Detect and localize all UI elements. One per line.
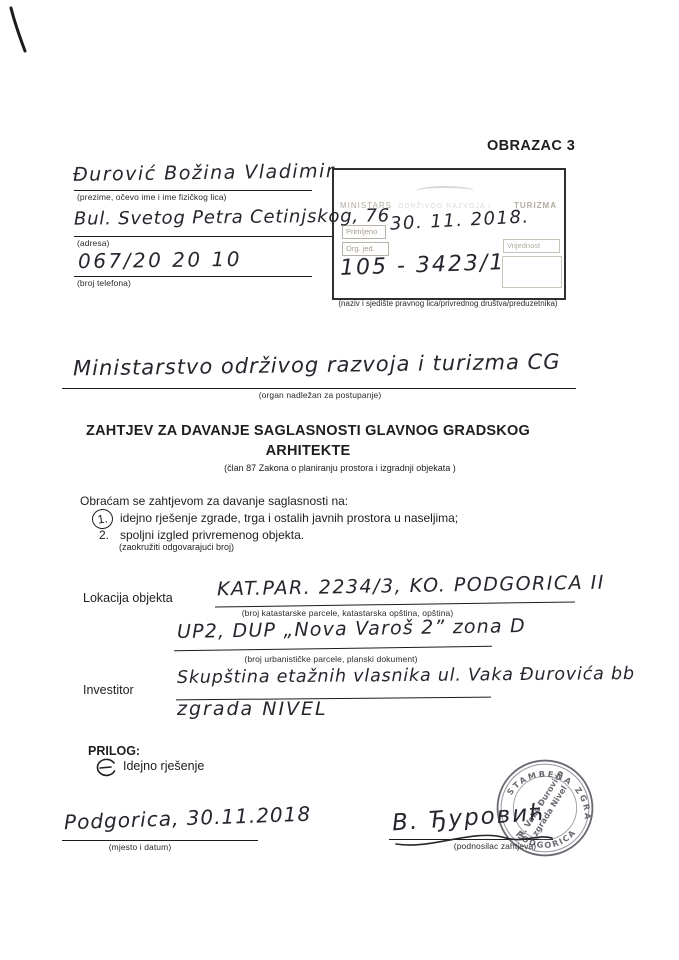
name-line bbox=[74, 190, 312, 191]
vrijednost-cell: Vrijednost bbox=[503, 239, 560, 253]
request-item-2: spoljni izgled privremenog objekta. bbox=[120, 529, 304, 542]
location-urban-handwriting: UP2, DUP „Nova Varoš 2” zona D bbox=[177, 617, 526, 643]
applicant-name-handwriting: Đurović Božina Vladimir bbox=[73, 162, 335, 186]
organ-line bbox=[62, 388, 576, 389]
circle-note: (zaokružiti odgovarajući broj) bbox=[119, 543, 234, 552]
request-item-1: idejno rješenje zgrade, trga i ostalih j… bbox=[120, 512, 458, 525]
vrijednost-empty-box bbox=[502, 256, 562, 288]
protocol-number-handwriting: 105 - 3423/1 bbox=[340, 251, 506, 280]
applicant-address-handwriting: Bul. Svetog Petra Cetinjskog, 76 bbox=[74, 207, 390, 229]
urban-label: (broj urbanističke parcele, planski doku… bbox=[172, 655, 490, 664]
place-date-label: (mjesto i datum) bbox=[60, 843, 220, 852]
investor-handwriting-line2: zgrada NIVEL bbox=[177, 700, 328, 720]
signature-label: (podnosilac zahtjeva) bbox=[420, 842, 570, 851]
form-subtitle: (član 87 Zakona o planiranju prostora i … bbox=[20, 464, 660, 473]
form-code: OBRAZAC 3 bbox=[487, 139, 575, 154]
organ-label: (organ nadležan za postupanje) bbox=[180, 391, 460, 400]
location-cadastre-handwriting: KAT.PAR. 2234/3, KO. PODGORICA II bbox=[217, 574, 605, 601]
cadastre-line bbox=[215, 601, 575, 607]
circled-option-1: 1. bbox=[91, 508, 115, 531]
location-label: Lokacija objekta bbox=[83, 592, 173, 605]
circled-dash-icon bbox=[95, 758, 119, 778]
name-label: (prezime, očevo ime i ime fizičkog lica) bbox=[77, 193, 226, 202]
legal-entity-caption: (naziv i sjedište pravnog lica/privredno… bbox=[328, 300, 568, 308]
primljeno-cell: Primljeno bbox=[342, 225, 386, 239]
organ-handwriting: Ministarstvo održivog razvoja i turizma … bbox=[73, 351, 561, 380]
received-date-handwriting: 30. 11. 2018. bbox=[390, 208, 531, 234]
phone-label: (broj telefona) bbox=[77, 279, 131, 288]
form-title-line1: ZAHTJEV ZA DAVANJE SAGLASNOSTI GLAVNOG G… bbox=[0, 424, 616, 439]
urban-line bbox=[174, 646, 492, 651]
address-label: (adresa) bbox=[77, 239, 109, 248]
investor-label: Investitor bbox=[83, 684, 134, 697]
applicant-phone-handwriting: 067/20 20 10 bbox=[78, 249, 242, 272]
form-title-line2: ARHITEKTE bbox=[0, 444, 616, 459]
phone-line bbox=[74, 276, 312, 277]
place-date-line bbox=[62, 840, 258, 841]
receipt-stamp-box: MINISTARS ODRŽIVOG RAZVOJA I TURIZMA Pri… bbox=[332, 168, 566, 300]
address-line bbox=[74, 236, 333, 237]
investor-handwriting-line1: Skupština etažnih vlasnika ul. Vaka Đuro… bbox=[177, 665, 635, 687]
bleed-mark bbox=[416, 186, 474, 196]
document-page: OBRAZAC 3 Đurović Božina Vladimir (prezi… bbox=[0, 0, 679, 960]
pen-mark-icon bbox=[4, 4, 36, 58]
request-item-2-num: 2. bbox=[99, 529, 109, 542]
attachment-item: Idejno rješenje bbox=[123, 760, 204, 773]
request-intro: Obraćam se zahtjevom za davanje saglasno… bbox=[80, 495, 348, 508]
place-date-handwriting: Podgorica, 30.11.2018 bbox=[64, 804, 312, 834]
attachment-label: PRILOG: bbox=[88, 745, 140, 758]
